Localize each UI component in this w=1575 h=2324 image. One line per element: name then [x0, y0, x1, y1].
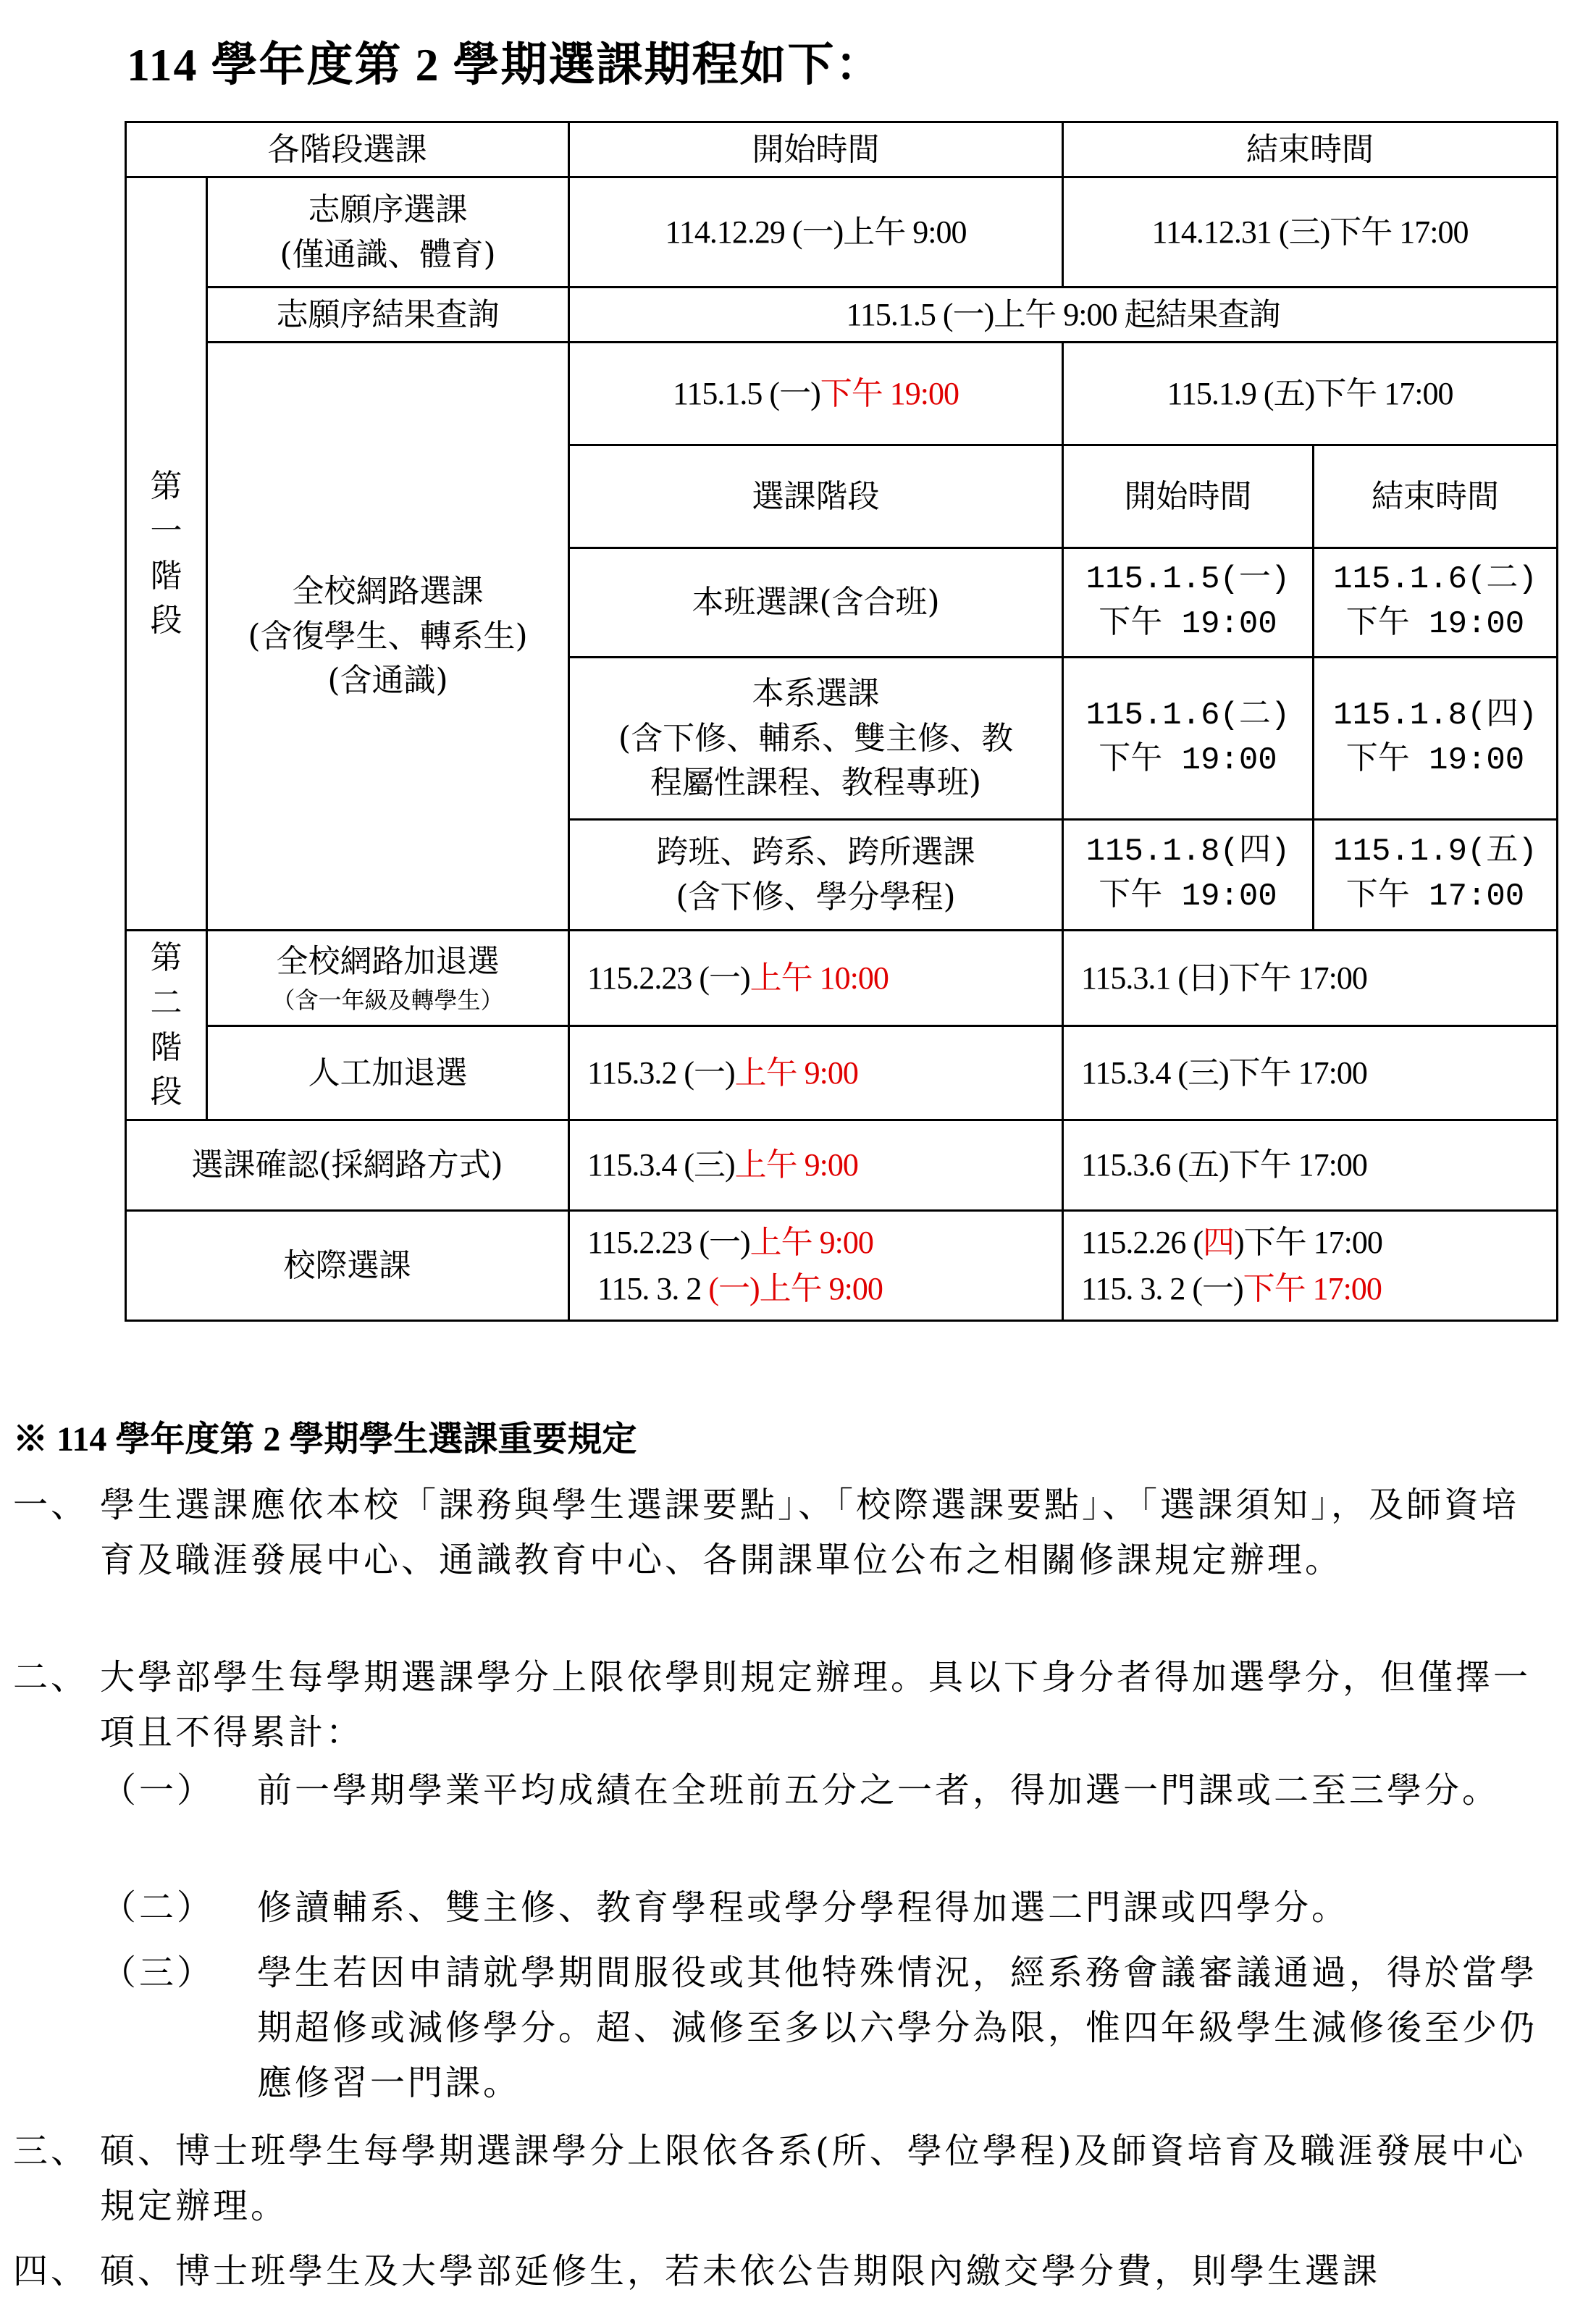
rule-subitem-1: （一） 前一學期學業平均成績在全班前五分之一者，得加選一門課或二至三學分。 — [101, 1763, 1564, 1879]
table-row: 選課確認(採網路方式) 115.3.4 (三)上午 9:00 115.3.6 (… — [126, 1120, 1558, 1211]
preference-start: 114.12.29 (一)上午 9:00 — [569, 177, 1063, 288]
header-end: 結束時間 — [1063, 122, 1558, 177]
phase2-label: 第 二 階 段 — [126, 931, 207, 1120]
schedule-table: 各階段選課 開始時間 結束時間 第 一 階 段 志願序選課 (僅通識、體育) 1… — [125, 121, 1558, 1322]
sub-row-stage: 跨班、跨系、跨所選課 (含下修、學分學程) — [569, 820, 1063, 931]
confirm-end: 115.3.6 (五)下午 17:00 — [1063, 1120, 1558, 1211]
intercollegiate-start: 115.2.23 (一)上午 9:00 115. 3. 2 (一)上午 9:00 — [569, 1211, 1063, 1321]
table-row: 全校網路選課 (含復學生、轉系生) (含通識) 115.1.5 (一)下午 19… — [126, 343, 1558, 445]
table-row: 人工加退選 115.3.2 (一)上午 9:00 115.3.4 (三)下午 1… — [126, 1026, 1558, 1120]
preference-result-name: 志願序結果查詢 — [207, 288, 569, 343]
online-start: 115.1.5 (一)下午 19:00 — [569, 343, 1063, 445]
manual-add-drop-name: 人工加退選 — [207, 1026, 569, 1120]
rules-heading: ※ 114 學年度第 2 學期學生選課重要規定 — [13, 1411, 637, 1461]
table-row: 第 一 階 段 志願序選課 (僅通識、體育) 114.12.29 (一)上午 9… — [126, 177, 1558, 288]
table-row: 第 二 階 段 全校網路加退選 （含一年級及轉學生） 115.2.23 (一)上… — [126, 931, 1558, 1026]
intercollegiate-name: 校際選課 — [126, 1211, 569, 1321]
online-add-drop-start: 115.2.23 (一)上午 10:00 — [569, 931, 1063, 1026]
sub-header-end: 結束時間 — [1314, 445, 1558, 548]
rule-item-1: 一、 學生選課應依本校「課務與學生選課要點」、「校際選課要點」、「選課須知」，及… — [13, 1477, 1563, 1651]
rule-subitem-3: （三） 學生若因申請就學期間服役或其他特殊情況，經系務會議審議通過，得於當學期超… — [101, 1945, 1564, 2119]
manual-add-drop-start: 115.3.2 (一)上午 9:00 — [569, 1026, 1063, 1120]
rule-item-4: 四、 碩、博士班學生及大學部延修生，若未依公告期限內繳交學分費，則學生選課 — [13, 2244, 1563, 2302]
page-title: 114 學年度第 2 學期選課期程如下： — [127, 28, 883, 94]
rule-item-3: 三、 碩、博士班學生每學期選課學分上限依各系(所、學位學程)及師資培育及職涯發展… — [13, 2123, 1563, 2239]
sub-row-stage: 本班選課(含合班) — [569, 548, 1063, 658]
preference-name: 志願序選課 (僅通識、體育) — [207, 177, 569, 288]
confirm-name: 選課確認(採網路方式) — [126, 1120, 569, 1211]
sub-header-stage: 選課階段 — [569, 445, 1063, 548]
sub-row-start: 115.1.8(四) 下午 19:00 — [1063, 820, 1314, 931]
online-name: 全校網路選課 (含復學生、轉系生) (含通識) — [207, 343, 569, 931]
preference-end: 114.12.31 (三)下午 17:00 — [1063, 177, 1558, 288]
table-row: 校際選課 115.2.23 (一)上午 9:00 115. 3. 2 (一)上午… — [126, 1211, 1558, 1321]
rule-item-2: 二、 大學部學生每學期選課學分上限依學則規定辦理。具以下身分者得加選學分，但僅擇… — [13, 1650, 1563, 1766]
sub-header-start: 開始時間 — [1063, 445, 1314, 548]
sub-row-end: 115.1.9(五) 下午 17:00 — [1314, 820, 1558, 931]
sub-row-stage: 本系選課 (含下修、輔系、雙主修、教 程屬性課程、教程專班) — [569, 658, 1063, 820]
phase1-label: 第 一 階 段 — [126, 177, 207, 931]
sub-row-end: 115.1.8(四) 下午 19:00 — [1314, 658, 1558, 820]
online-end: 115.1.9 (五)下午 17:00 — [1063, 343, 1558, 445]
intercollegiate-end: 115.2.26 (四)下午 17:00 115. 3. 2 (一)下午 17:… — [1063, 1211, 1558, 1321]
header-start: 開始時間 — [569, 122, 1063, 177]
sub-row-end: 115.1.6(二) 下午 19:00 — [1314, 548, 1558, 658]
table-header-row: 各階段選課 開始時間 結束時間 — [126, 122, 1558, 177]
preference-result-value: 115.1.5 (一)上午 9:00 起結果查詢 — [569, 288, 1558, 343]
sub-row-start: 115.1.6(二) 下午 19:00 — [1063, 658, 1314, 820]
online-add-drop-name: 全校網路加退選 （含一年級及轉學生） — [207, 931, 569, 1026]
rule-subitem-2: （二） 修讀輔系、雙主修、教育學程或學分學程得加選二門課或四學分。 — [101, 1880, 1564, 1938]
online-add-drop-end: 115.3.1 (日)下午 17:00 — [1063, 931, 1558, 1026]
table-row: 志願序結果查詢 115.1.5 (一)上午 9:00 起結果查詢 — [126, 288, 1558, 343]
confirm-start: 115.3.4 (三)上午 9:00 — [569, 1120, 1063, 1211]
manual-add-drop-end: 115.3.4 (三)下午 17:00 — [1063, 1026, 1558, 1120]
header-stage: 各階段選課 — [126, 122, 569, 177]
sub-row-start: 115.1.5(一) 下午 19:00 — [1063, 548, 1314, 658]
